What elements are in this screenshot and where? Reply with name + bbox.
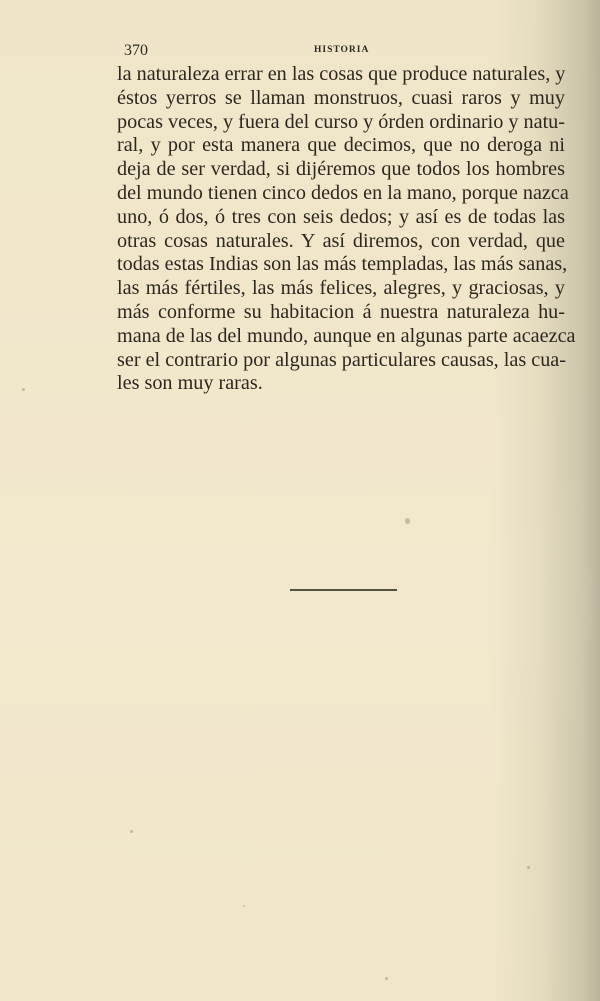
- running-head: HISTORIA: [314, 45, 369, 55]
- text-line: ser el contrario por algunas particulare…: [117, 349, 565, 373]
- body-text: la naturaleza errar en las cosas que pro…: [117, 63, 565, 396]
- book-page: 370 HISTORIA la naturaleza errar en las …: [0, 0, 600, 1001]
- text-line: otras cosas naturales. Y así diremos, co…: [117, 230, 565, 254]
- section-divider: [290, 589, 397, 591]
- paper-speck: [243, 905, 245, 907]
- text-line: uno, ó dos, ó tres con seis dedos; y así…: [117, 206, 565, 230]
- text-line: todas estas Indias son las más templadas…: [117, 253, 565, 277]
- paper-speck: [385, 977, 388, 980]
- paper-speck: [130, 830, 133, 833]
- text-line: deja de ser verdad, si dijéremos que tod…: [117, 158, 565, 182]
- text-line: ral, y por esta manera que decimos, que …: [117, 134, 565, 158]
- text-line: las más fértiles, las más felices, alegr…: [117, 277, 565, 301]
- text-line: la naturaleza errar en las cosas que pro…: [117, 63, 565, 87]
- page-number: 370: [124, 42, 148, 60]
- text-line: mana de las del mundo, aunque en algunas…: [117, 325, 565, 349]
- text-line: más conforme su habitacion á nuestra nat…: [117, 301, 565, 325]
- paper-speck: [405, 518, 410, 524]
- page-header: 370 HISTORIA: [124, 42, 568, 62]
- paper-speck: [22, 388, 25, 391]
- text-line: del mundo tienen cinco dedos en la mano,…: [117, 182, 565, 206]
- text-line: les son muy raras.: [117, 372, 565, 396]
- text-line: pocas veces, y fuera del curso y órden o…: [117, 111, 565, 135]
- text-line: éstos yerros se llaman monstruos, cuasi …: [117, 87, 565, 111]
- paper-speck: [527, 866, 530, 869]
